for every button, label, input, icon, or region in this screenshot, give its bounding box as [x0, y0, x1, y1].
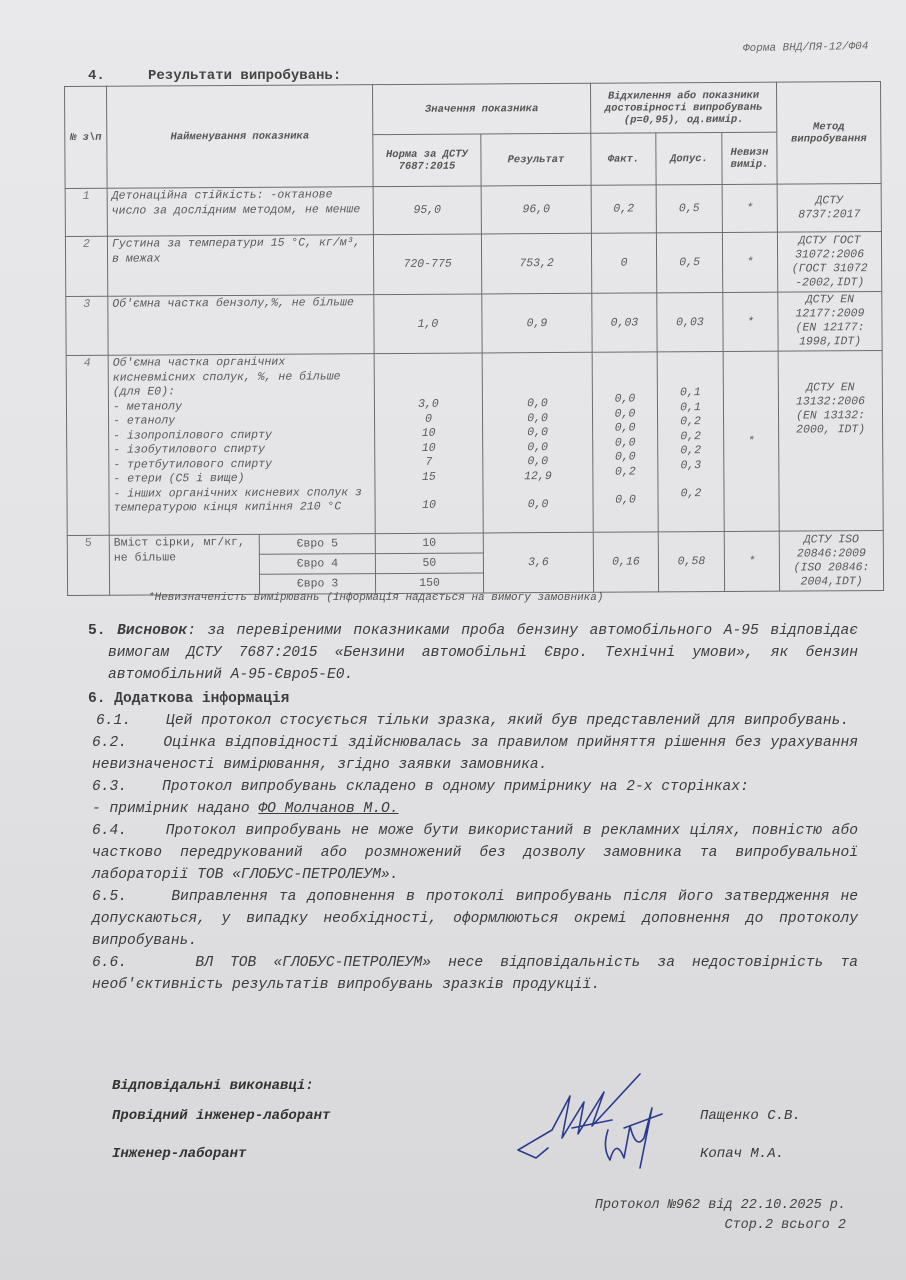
header-norm: Норма за ДСТУ 7687:2015	[373, 134, 481, 187]
protocol-reference: Протокол №962 від 22.10.2025 р.	[595, 1196, 846, 1216]
form-code: Форма ВНД/ПЯ-12/Ф04	[742, 41, 868, 55]
sub-result: 0,0	[487, 397, 588, 412]
sub-allowed: 0,2	[662, 487, 719, 502]
sub-norm: 10	[379, 441, 478, 456]
sub-fact: 0,0	[597, 392, 653, 407]
row-name: Об'ємна частка органічних кисневмісних с…	[108, 354, 375, 536]
header-deviation-group: Відхилення або показники достовірності в…	[591, 82, 777, 133]
table-row: 5 Вміст сірки, мг/кг, не більше Євро 5 1…	[67, 531, 883, 556]
header-name: Найменування показника	[107, 85, 374, 189]
section-title-text: Результати випробувань:	[148, 68, 341, 84]
table-row: 4 Об'ємна частка органічних кисневмісних…	[66, 351, 883, 536]
row-allowed: 0,03	[657, 292, 723, 351]
signatory-row: Провідний інженер-лаборант Пащенко С.В.	[112, 1108, 832, 1124]
row-method: ДСТУ EN 12177:2009 (EN 12177: 1998,IDT)	[778, 292, 882, 352]
table-footnote: *Невизначеність вимірювань (інформація н…	[148, 592, 603, 604]
table-row: 3 Об'ємна частка бензолу,%, не більше 1,…	[66, 292, 882, 356]
class-label: Євро 5	[259, 534, 375, 555]
sub-allowed: 0,2	[662, 444, 719, 459]
signatory-name: Копач М.А.	[700, 1146, 784, 1162]
sub-norm: 7	[379, 455, 478, 470]
header-result: Результат	[481, 133, 591, 186]
sub-fact: 0,0	[597, 407, 653, 422]
signatory-role: Інженер-лаборант	[112, 1146, 246, 1162]
row-fact: 0,2	[591, 185, 656, 233]
row-name: Густина за температури 15 °С, кг/м³, в м…	[107, 235, 373, 297]
sub-allowed: 0,1	[662, 386, 719, 401]
row-result: 3,6	[483, 532, 593, 593]
item-num: 6.4.	[92, 823, 127, 839]
item-text: Цей протокол стосується тільки зразка, я…	[166, 713, 849, 729]
class-norm: 50	[375, 553, 483, 574]
signatory-name: Пащенко С.В.	[700, 1108, 801, 1124]
item-text: ВЛ ТОВ «ГЛОБУС-ПЕТРОЛЕУМ» несе відповіда…	[92, 955, 858, 993]
sub-fact: 0,0	[597, 436, 653, 451]
row-fact: 0,03	[592, 293, 657, 352]
item-num: 6.1.	[96, 713, 131, 729]
item-text: Протокол випробувань не може бути викори…	[92, 823, 858, 883]
sub-norm: 10	[379, 426, 478, 441]
item-text: Оцінка відповідності здійснювалась за пр…	[92, 735, 858, 773]
conclusion-label: Висновок	[117, 623, 187, 639]
sub-fact: 0,2	[597, 465, 653, 480]
signatures-title: Відповідальні виконавці:	[112, 1078, 832, 1094]
row-name: Об'ємна частка бензолу,%, не більше	[108, 295, 374, 356]
section-4-title: 4.Результати випробувань:	[88, 68, 341, 84]
additional-info: 6. Додаткова інформація 6.1. Цей протоко…	[88, 688, 858, 996]
info-item-6-6: 6.6. ВЛ ТОВ «ГЛОБУС-ПЕТРОЛЕУМ» несе відп…	[92, 952, 858, 996]
row-allowed: 0,5	[656, 232, 722, 292]
row-fact: 0,16	[593, 532, 658, 592]
row-result-list: 0,0 0,0 0,0 0,0 0,0 12,9 0,0	[482, 352, 593, 533]
header-method: Метод випробування	[777, 82, 882, 185]
item-text: - примірник надано	[92, 801, 258, 817]
row-method: ДСТУ ISO 20846:2009 (ISO 20846: 2004,IDT…	[779, 531, 883, 592]
header-allowed: Допус.	[656, 132, 722, 184]
row-uncertainty: *	[724, 531, 779, 591]
row-uncertainty: *	[722, 184, 777, 232]
sub-result: 0,0	[487, 455, 588, 470]
row-result: 96,0	[481, 185, 591, 234]
row-norm: 1,0	[374, 294, 482, 354]
sub-result: 0,0	[488, 498, 589, 513]
item-num: 6.2.	[92, 735, 127, 751]
info-item-6-5: 6.5. Виправлення та доповнення в протоко…	[92, 886, 858, 952]
row-norm-list: 3,0 0 10 10 7 15 10	[374, 353, 483, 534]
sub-norm: 3,0	[379, 397, 478, 412]
row-num: 4	[66, 355, 109, 535]
row-num: 5	[67, 535, 109, 595]
table-row: 2 Густина за температури 15 °С, кг/м³, в…	[65, 232, 881, 297]
page-footer: Протокол №962 від 22.10.2025 р. Стор.2 в…	[595, 1196, 846, 1236]
sub-norm: 0	[379, 412, 478, 427]
sub-norm: 15	[379, 470, 478, 485]
info-item-copy-recipient: - примірник надано ФО Молчанов М.О.	[92, 798, 858, 820]
row-fact-list: 0,0 0,0 0,0 0,0 0,0 0,2 0,0	[592, 352, 658, 532]
sub-result: 0,0	[487, 440, 588, 455]
sub-norm: 10	[380, 498, 479, 513]
header-value-group: Значення показника	[372, 83, 590, 134]
additional-number: 6.	[88, 691, 106, 707]
recipient-name: ФО Молчанов М.О.	[258, 801, 398, 817]
sub-fact: 0,0	[598, 493, 654, 508]
signatory-row: Інженер-лаборант Копач М.А.	[112, 1146, 832, 1162]
item-num: 6.3.	[92, 779, 127, 795]
row-name-intro: Об'ємна частка органічних кисневмісних с…	[113, 355, 370, 400]
row-allowed: 0,58	[658, 531, 724, 591]
row-num: 1	[65, 188, 107, 236]
info-item-6-3: 6.3. Протокол випробувань складено в одн…	[92, 776, 858, 798]
sub-allowed: 0,1	[662, 401, 719, 416]
signature-block: Відповідальні виконавці: Провідний інжен…	[112, 1078, 832, 1094]
sub-fact: 0,0	[597, 450, 653, 465]
sub-result: 0,0	[487, 426, 588, 441]
row-num: 3	[66, 296, 108, 355]
sub-name: - третбутилового спирту	[113, 457, 370, 473]
item-num: 6.6.	[92, 955, 127, 971]
row-allowed-list: 0,1 0,1 0,2 0,2 0,2 0,3 0,2	[657, 351, 724, 531]
class-label: Євро 4	[259, 554, 375, 575]
signatory-role: Провідний інженер-лаборант	[112, 1108, 330, 1124]
row-uncertainty: *	[723, 292, 778, 351]
row-name: Вміст сірки, мг/кг, не більше	[109, 534, 259, 595]
sub-allowed: 0,3	[662, 459, 719, 474]
row-result: 0,9	[482, 293, 592, 353]
sub-name: - етери (С5 і вище)	[113, 471, 370, 487]
handwritten-signatures-icon	[512, 1068, 672, 1183]
sub-name: - ізобутилового спирту	[113, 442, 370, 458]
row-fact: 0	[591, 233, 656, 293]
row-name: Детонаційна стійкість: -октанове число з…	[107, 187, 373, 237]
conclusion: 5. Висновок: за перевіреними показниками…	[88, 620, 858, 686]
row-method: ДСТУ ГОСТ 31072:2006 (ГОСТ 31072 -2002,I…	[777, 232, 881, 293]
row-uncertainty: *	[723, 351, 779, 531]
protocol-page: Форма ВНД/ПЯ-12/Ф04 4.Результати випробу…	[0, 0, 906, 1280]
row-method: ДСТУ 8737:2017	[777, 184, 881, 233]
item-text: Протокол випробувань складено в одному п…	[162, 779, 749, 795]
section-number: 4.	[88, 68, 148, 84]
sub-allowed: 0,2	[662, 415, 719, 430]
info-item-6-1: 6.1. Цей протокол стосується тільки зраз…	[92, 710, 858, 732]
row-num: 2	[65, 236, 107, 296]
item-text: Виправлення та доповнення в протоколі ви…	[92, 889, 858, 949]
header-num: № з\п	[65, 86, 108, 188]
sub-result: 12,9	[487, 469, 588, 484]
row-norm: 720-775	[373, 234, 481, 295]
conclusion-number: 5.	[88, 623, 106, 639]
info-item-6-4: 6.4. Протокол випробувань не може бути в…	[92, 820, 858, 886]
additional-title: Додаткова інформація	[114, 691, 289, 707]
sub-name: - метанолу	[113, 399, 370, 415]
info-item-6-2: 6.2. Оцінка відповідності здійснювалась …	[92, 732, 858, 776]
table-row: 1 Детонаційна стійкість: -октанове число…	[65, 184, 881, 237]
row-norm: 95,0	[373, 186, 481, 235]
sub-fact: 0,0	[597, 421, 653, 436]
item-num: 6.5.	[92, 889, 127, 905]
sub-allowed: 0,2	[662, 430, 719, 445]
class-norm: 10	[375, 533, 483, 554]
sub-name: - інших органічних кисневих сполук з тем…	[113, 486, 370, 517]
sub-result: 0,0	[487, 411, 588, 426]
sub-name: - ізопропілового спирту	[113, 428, 370, 444]
header-uncertainty: Невизн вимір.	[722, 132, 777, 184]
additional-info-title: 6. Додаткова інформація	[88, 688, 858, 710]
header-fact: Факт.	[591, 133, 656, 185]
row-method: ДСТУ EN 13132:2006 (EN 13132: 2000, IDT)	[778, 351, 883, 532]
row-result: 753,2	[481, 233, 591, 294]
row-allowed: 0,5	[656, 184, 722, 232]
sub-name: - етанолу	[113, 413, 370, 429]
class-norm: 150	[375, 573, 483, 594]
conclusion-text: : за перевіреними показниками проба бенз…	[108, 623, 858, 683]
row-uncertainty: *	[722, 232, 777, 292]
page-counter: Стор.2 всього 2	[595, 1216, 846, 1236]
results-table: № з\п Найменування показника Значення по…	[64, 81, 884, 596]
